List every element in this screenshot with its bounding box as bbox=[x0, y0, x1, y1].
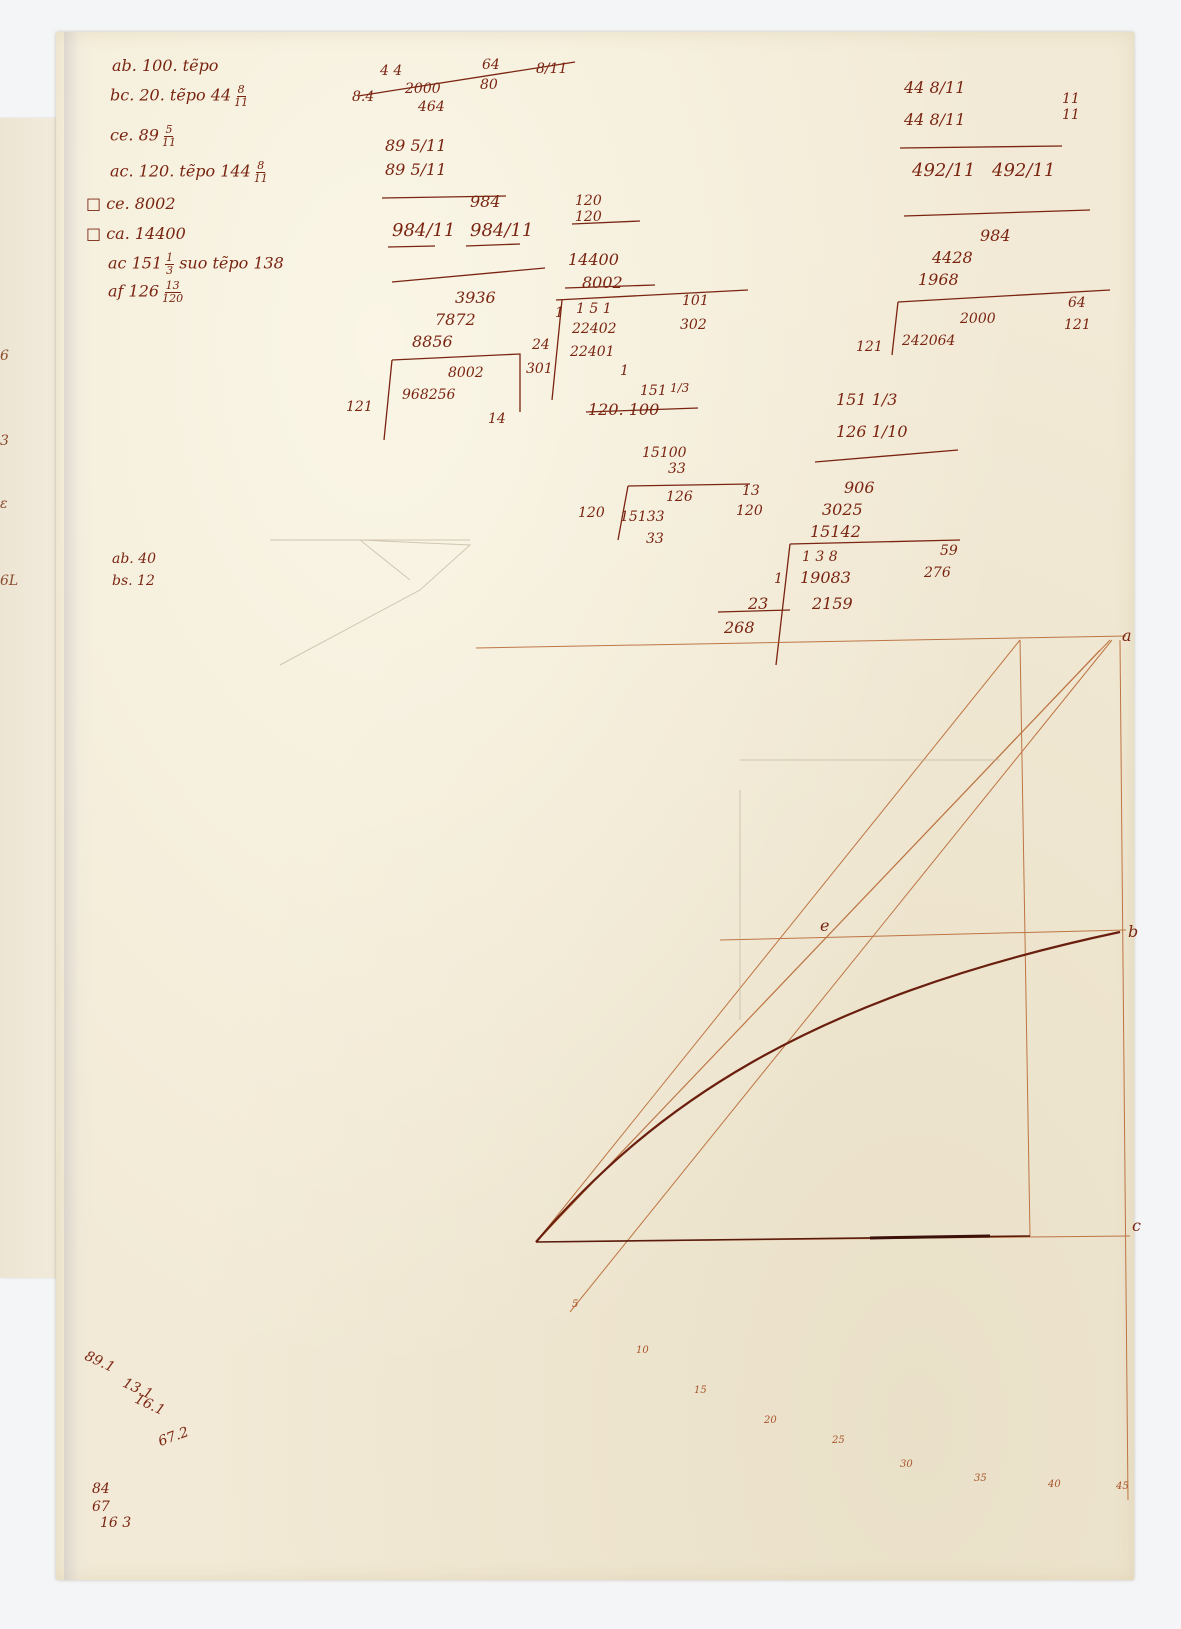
calc-value: 3025 bbox=[822, 502, 863, 518]
calc-quotient: 126 bbox=[666, 490, 693, 504]
calc-partial-product: 4428 bbox=[932, 250, 973, 266]
calc-row: 1 bbox=[620, 364, 629, 378]
calc-value: 11 bbox=[1062, 92, 1080, 106]
calc-product: 984/11 bbox=[392, 222, 455, 240]
calc-value: 33 bbox=[668, 462, 686, 476]
note-line: □ ca. 14400 bbox=[86, 226, 186, 242]
calc-remainder: 33 bbox=[646, 532, 664, 546]
calc-partial-product: 7872 bbox=[435, 312, 476, 328]
tick-label: 35 bbox=[974, 1474, 987, 1484]
note-line: □ ce. 8002 bbox=[86, 196, 176, 212]
calc-frac-den: 121 bbox=[1064, 318, 1091, 332]
calc-frac-den: 120 bbox=[736, 504, 763, 518]
calc-row: 22401 bbox=[570, 345, 615, 359]
calc-value: 1 bbox=[774, 572, 783, 586]
calc-row: 1 3 8 bbox=[802, 550, 838, 564]
tick-label: 45 bbox=[1116, 1482, 1129, 1492]
calc-value: 301 bbox=[526, 362, 553, 376]
note-line: af 12613120 bbox=[108, 280, 183, 304]
calc-product: 984/11 bbox=[470, 222, 533, 240]
calc-value: 151 bbox=[640, 384, 667, 398]
note-line: ce. 89511 bbox=[110, 124, 176, 148]
tick-label: 25 bbox=[832, 1436, 845, 1446]
tick-label: 5 bbox=[572, 1300, 578, 1310]
note-line: ab. 40 bbox=[112, 552, 156, 566]
tick-label: 20 bbox=[764, 1416, 777, 1426]
calc-row: 2159 bbox=[812, 596, 853, 612]
note-line: ab. 100. tẽpo bbox=[112, 58, 218, 74]
point-label-e: e bbox=[820, 918, 829, 934]
calc-remainder: 14 bbox=[488, 412, 506, 426]
note-line: bc. 20. tẽpo 44811 bbox=[110, 84, 248, 108]
calc-value: 126 1/10 bbox=[836, 424, 908, 440]
calc-value: 120 bbox=[575, 210, 602, 224]
calc-value: 14400 bbox=[568, 252, 619, 268]
calc-partial-product: 8856 bbox=[412, 334, 453, 350]
calc-partial: 464 bbox=[418, 100, 445, 114]
calc-value: 15142 bbox=[810, 524, 861, 540]
calc-frac: 8/11 bbox=[536, 62, 567, 76]
note-line: bs. 12 bbox=[112, 574, 155, 588]
calc-value: 8002 bbox=[582, 275, 623, 291]
calc-frac-num: 59 bbox=[940, 544, 958, 558]
tick-label: 40 bbox=[1048, 1480, 1061, 1490]
margin-mark: 6L bbox=[0, 573, 18, 589]
calc-product: 492/11 bbox=[912, 162, 975, 180]
calc-frac-den: 80 bbox=[480, 78, 498, 92]
calc-dividend: 2000 bbox=[405, 82, 441, 96]
calc-line: 67 bbox=[92, 1500, 110, 1514]
calc-value: 268 bbox=[724, 620, 755, 636]
calc-frac-num: 64 bbox=[482, 58, 500, 72]
calc-line: 84 bbox=[92, 1482, 110, 1496]
calc-value: 15100 bbox=[642, 446, 687, 460]
calc-partial-product: 3936 bbox=[455, 290, 496, 306]
calc-partial-product: 1968 bbox=[918, 272, 959, 288]
tick-label: 10 bbox=[636, 1346, 649, 1356]
calc-value: 120 bbox=[575, 194, 602, 208]
calc-frac-num: 64 bbox=[1068, 296, 1086, 310]
calc-quotient: 4 4 bbox=[380, 64, 402, 78]
calc-value: 23 bbox=[748, 596, 768, 612]
margin-mark: 6 bbox=[0, 348, 9, 364]
calc-frac-num: 13 bbox=[742, 484, 760, 498]
calc-value: 1 bbox=[555, 306, 564, 320]
tick-label: 30 bbox=[900, 1460, 913, 1470]
calc-square: 44 8/11 bbox=[904, 80, 965, 96]
calc-dividend: 15133 bbox=[620, 510, 665, 524]
calc-divisor: 121 bbox=[856, 340, 883, 354]
calc-divisor: 8.4 bbox=[352, 90, 374, 104]
margin-mark: ε bbox=[0, 496, 8, 512]
calc-expression: 120. 100 bbox=[588, 402, 659, 418]
margin-mark: 3 bbox=[0, 433, 9, 449]
calc-value: 906 bbox=[844, 480, 875, 496]
note-line: ac 15113 suo tẽpo 138 bbox=[108, 252, 284, 276]
calc-value: 24 bbox=[532, 338, 550, 352]
calc-quotient: 2000 bbox=[960, 312, 996, 326]
calc-frac-den: 302 bbox=[680, 318, 707, 332]
point-label-b: b bbox=[1128, 924, 1138, 940]
calc-value: 151 1/3 bbox=[836, 392, 897, 408]
note-line: ac. 120. tẽpo 144811 bbox=[110, 160, 268, 184]
calc-dividend: 242064 bbox=[902, 334, 955, 348]
calc-row: 19083 bbox=[800, 570, 851, 586]
calc-dividend: 968256 bbox=[402, 388, 455, 402]
point-label-a: a bbox=[1122, 628, 1132, 644]
point-label-c: c bbox=[1132, 1218, 1141, 1234]
calc-line: 16 3 bbox=[100, 1516, 131, 1530]
calc-square: 44 8/11 bbox=[904, 112, 965, 128]
calc-value: 11 bbox=[1062, 108, 1080, 122]
calc-divisor: 120 bbox=[578, 506, 605, 520]
calc-divisor: 121 bbox=[346, 400, 373, 414]
calc-square: 89 5/11 bbox=[385, 138, 446, 154]
calc-frac-num: 101 bbox=[682, 294, 709, 308]
calc-product: 492/11 bbox=[992, 162, 1055, 180]
calc-row: 22402 bbox=[572, 322, 617, 336]
calc-frac-den: 276 bbox=[924, 566, 951, 580]
tick-label: 15 bbox=[694, 1386, 707, 1396]
calc-row: 1 5 1 bbox=[576, 302, 612, 316]
calc-square: 89 5/11 bbox=[385, 162, 446, 178]
calc-frac: 1/3 bbox=[670, 382, 689, 394]
calc-partial-product: 984 bbox=[980, 228, 1011, 244]
calc-quotient: 8002 bbox=[448, 366, 484, 380]
calc-value: 984 bbox=[470, 194, 501, 210]
